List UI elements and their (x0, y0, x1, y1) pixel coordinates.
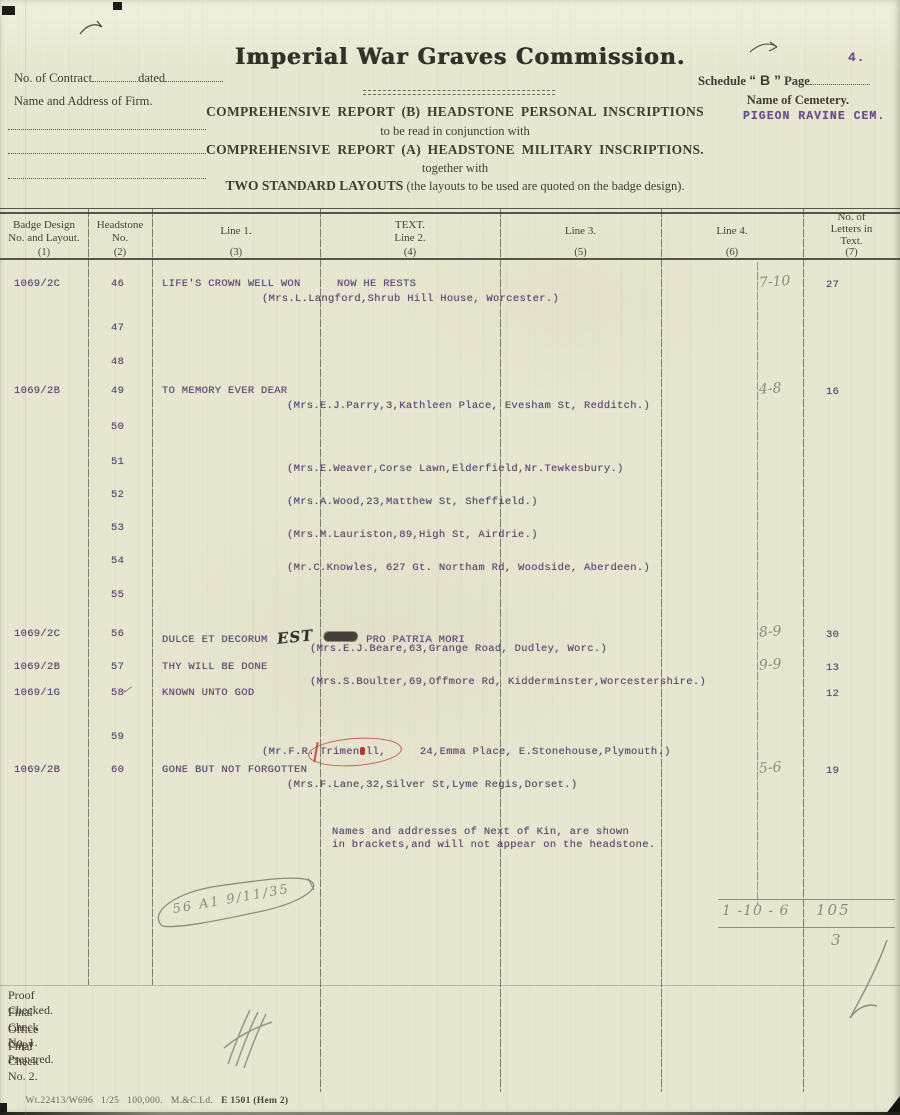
dated-fill-dots (165, 70, 223, 82)
kin-pre: (Mr.F.R. (262, 746, 315, 758)
column-divider (661, 209, 662, 1092)
report-line-1: COMPREHENSIVE REPORT (B) HEADSTONE PERSO… (185, 104, 725, 120)
headstone-no-cell: 54 (111, 555, 124, 567)
red-circled-name: Trimenell, (320, 746, 386, 758)
schedule-label: Schedule (698, 74, 746, 88)
pencil-tally-mark: 4-8 (758, 380, 782, 398)
pen-flick-top-right (748, 38, 780, 56)
headstone-no-cell: 56 (111, 628, 124, 640)
next-of-kin-address: (Mrs.M.Lauriston,89,High St, Airdrie.) (287, 529, 538, 541)
column-header-number: (4) (320, 247, 500, 258)
contract-line: No. of Contractdated (14, 70, 223, 86)
inscription-line2: NOW HE RESTS (337, 278, 416, 290)
badge-design-cell: 1069/2C (14, 278, 60, 290)
printer-imprint: Wt.22413/W696 1/25 100,000. M.&C.Ld. E 1… (15, 1086, 288, 1115)
next-of-kin-address: (Mrs.S.Boulter,69,Offmore Rd, Kiddermins… (310, 676, 706, 688)
badge-design-cell: 1069/2C (14, 628, 60, 640)
schedule-line: Schedule “ B ” Page (698, 72, 870, 89)
badge-design-cell: 1069/2B (14, 764, 60, 776)
column-header-number: (1) (0, 247, 88, 258)
schedule-page-number: 4. (848, 50, 866, 65)
handwritten-correction: EST (276, 626, 314, 648)
cemetery-label: Name of Cemetery. (723, 93, 873, 108)
column-header-number: (3) (152, 247, 320, 258)
column-header-title: Headstone No. (88, 219, 152, 245)
next-of-kin-address-composite: (Mr.F.R.Trimenell,24,Emma Place, E.Stone… (262, 746, 671, 758)
tally-rule-bottom (718, 927, 895, 928)
firm-blank-line (8, 128, 206, 130)
column-header-number: (7) (803, 247, 900, 258)
report-line-5: TWO STANDARD LAYOUTS (the layouts to be … (185, 178, 725, 194)
column-header-number: (5) (500, 247, 661, 258)
headstone-no-cell: 60 (111, 764, 124, 776)
margin-rule-line (25, 0, 26, 1115)
firm-blank-line (8, 177, 206, 179)
inscription-line1: LIFE'S CROWN WELL WON (162, 278, 301, 290)
page-title: Imperial War Graves Commission. (170, 44, 750, 70)
dated-label: dated (138, 71, 165, 85)
scanned-form-page: Imperial War Graves Commission. No. of C… (0, 0, 900, 1115)
kin-note-line-1: Names and addresses of Next of Kin, are … (332, 826, 629, 838)
headstone-no-cell: 46 (111, 278, 124, 290)
letters-count-cell: 19 (826, 765, 839, 777)
headstone-no-cell: 48 (111, 356, 124, 368)
column-header-title: No. of Letters in Text. (803, 211, 900, 247)
imprint-bold: E 1501 (Hem 2) (221, 1096, 288, 1106)
column-header-title: Line 3. (500, 225, 661, 238)
letters-count-cell: 27 (826, 279, 839, 291)
scan-edge-speck (2, 6, 15, 15)
headstone-no-cell: 53 (111, 522, 124, 534)
imprint-code (213, 1096, 221, 1106)
letters-count-cell: 30 (826, 629, 839, 641)
next-of-kin-address: (Mrs.F.Lane,32,Silver St,Lyme Regis,Dors… (287, 779, 577, 791)
inscription-line1: KNOWN UNTO GOD (162, 687, 254, 699)
column-header-title: Line 1. (152, 225, 320, 238)
cemetery-name: PIGEON RAVINE CEM. (743, 110, 885, 123)
pen-flick-top-left (78, 18, 106, 38)
pencil-tally-mark: 7-10 (758, 273, 790, 291)
column-divider (88, 209, 89, 985)
footer-check-label: Final Check No. 2. (8, 1039, 39, 1084)
page-label: Page (784, 74, 810, 88)
pencil-signature-scribble (220, 1006, 278, 1070)
column-header-number: (6) (661, 247, 803, 258)
scan-edge-speck (113, 2, 122, 10)
headstone-no-cell: 59 (111, 731, 124, 743)
schedule-letter: “ B ” (749, 72, 781, 88)
table-top-rule-heavy (0, 212, 900, 214)
pencil-tally-mark: 9-9 (758, 656, 782, 674)
struck-out-word (323, 632, 358, 641)
next-of-kin-address: (Mrs.A.Wood,23,Matthew St, Sheffield.) (287, 496, 538, 508)
tally-rule-top (718, 899, 895, 900)
tally-below: 3 (831, 931, 841, 949)
headstone-no-cell: 57 (111, 661, 124, 673)
table-header-rule (0, 258, 900, 260)
tally-total: 105 (816, 901, 851, 919)
tally-amount: 1 -10 - 6 (722, 903, 789, 919)
report-line-2: to be read in conjunction with (185, 124, 725, 139)
contract-label: No. of Contract (14, 71, 92, 85)
headstone-no-cell: 50 (111, 421, 124, 433)
column-header-number: (2) (88, 247, 152, 258)
imprint-left: Wt.22413/W696 1/25 100,000. M.&C.Ld. (26, 1096, 214, 1106)
page-fill-dots (810, 73, 870, 85)
headstone-no-cell: 52 (111, 489, 124, 501)
firm-label: Name and Address of Firm. (14, 94, 153, 109)
letters-count-cell: 13 (826, 662, 839, 674)
inscription-line1-pre: DULCE ET DECORUM (162, 634, 268, 646)
pen-flick-right-edge (845, 938, 893, 1026)
badge-design-cell: 1069/1G (14, 687, 60, 699)
kin-post: 24,Emma Place, E.Stonehouse,Plymouth.) (420, 746, 671, 758)
table-top-rule (0, 208, 900, 209)
next-of-kin-address: (Mr.C.Knowles, 627 Gt. Northam Rd, Woods… (287, 562, 650, 574)
headstone-no-cell: 55 (111, 589, 124, 601)
inscription-line1: TO MEMORY EVER DEAR (162, 385, 287, 397)
pencil-tally-mark: 5-6 (758, 759, 782, 777)
table-bottom-rule (0, 985, 900, 986)
firm-blank-line (8, 152, 206, 154)
next-of-kin-address: (Mrs.E.J.Beare,63,Grange Road, Dudley, W… (310, 643, 607, 655)
red-ink-dot (360, 747, 365, 755)
column-header-title: TEXT. Line 2. (320, 219, 500, 245)
column-divider (152, 209, 153, 985)
report-line-4: together with (185, 161, 725, 176)
inscription-line1: GONE BUT NOT FORGOTTEN (162, 764, 307, 776)
report-line-5-bold: TWO STANDARD LAYOUTS (226, 178, 404, 193)
next-of-kin-address: (Mrs.L.Langford,Shrub Hill House, Worces… (262, 293, 559, 305)
headstone-no-cell: 49 (111, 385, 124, 397)
letters-count-cell: 16 (826, 386, 839, 398)
kin-note-line-2: in brackets,and will not appear on the h… (332, 839, 655, 851)
pencil-tally-mark: 8-9 (758, 623, 782, 641)
pencil-checkmark: ✓ (120, 682, 133, 698)
report-line-5-rest: (the layouts to be used are quoted on th… (403, 179, 684, 193)
inscription-line1: THY WILL BE DONE (162, 661, 268, 673)
headstone-no-cell: 51 (111, 456, 124, 468)
column-divider (803, 209, 804, 1092)
contract-fill-dots (92, 70, 138, 82)
pencil-column-divider (757, 262, 758, 905)
title-underline-rule (363, 90, 555, 95)
column-header-title: Line 4. (661, 225, 803, 238)
badge-design-cell: 1069/2B (14, 661, 60, 673)
badge-design-cell: 1069/2B (14, 385, 60, 397)
letters-count-cell: 12 (826, 688, 839, 700)
headstone-no-cell: 47 (111, 322, 124, 334)
report-line-3: COMPREHENSIVE REPORT (A) HEADSTONE MILIT… (185, 142, 725, 158)
next-of-kin-address: (Mrs.E.J.Parry,3,Kathleen Place, Evesham… (287, 400, 650, 412)
next-of-kin-address: (Mrs.E.Weaver,Corse Lawn,Elderfield,Nr.T… (287, 463, 624, 475)
column-header-title: Badge Design No. and Layout. (0, 219, 88, 245)
